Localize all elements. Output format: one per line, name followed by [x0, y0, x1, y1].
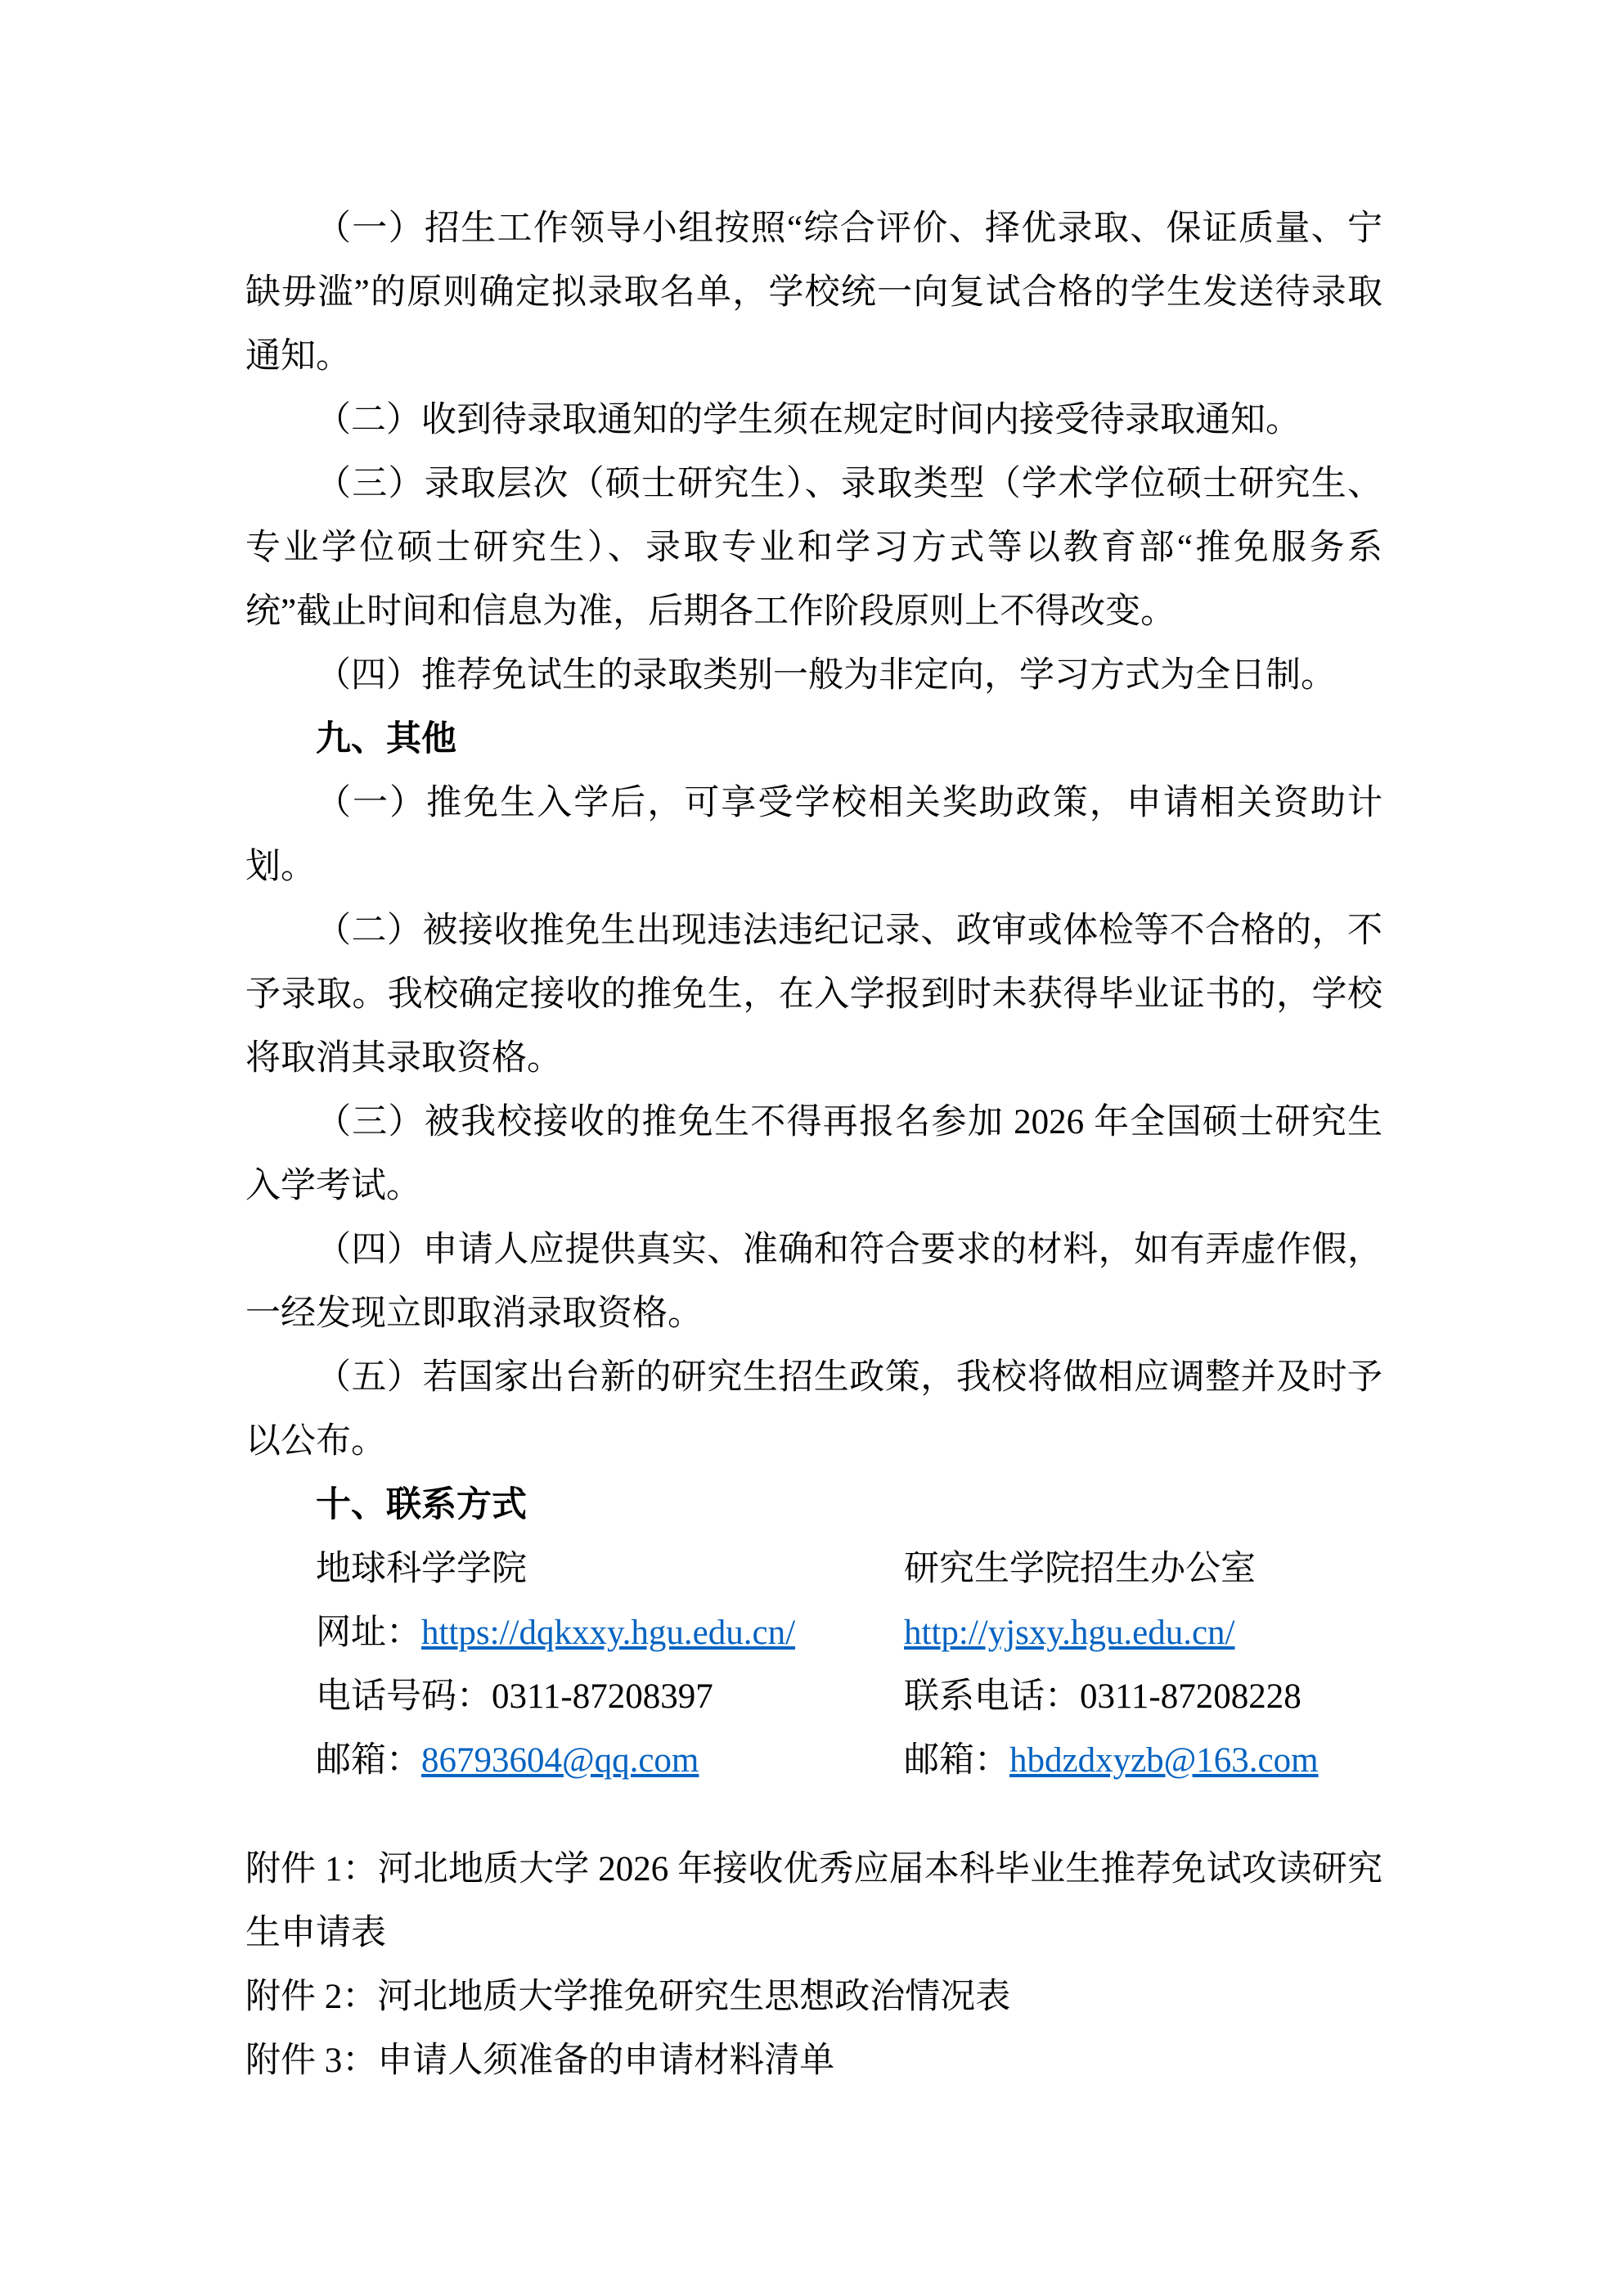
section-10-heading: 十、联系方式 — [245, 1474, 1382, 1537]
admission-rule-2: （二）收到待录取通知的学生须在规定时间内接受待录取通知。 — [245, 389, 1382, 452]
other-rule-3: （三）被我校接收的推免生不得再报名参加 2026 年全国硕士研究生入学考试。 — [245, 1091, 1382, 1218]
document-body: （一）招生工作领导小组按照“综合评价、择优录取、保证质量、宁缺毋滥”的原则确定拟… — [245, 197, 1382, 2093]
document-page: （一）招生工作领导小组按照“综合评价、择优录取、保证质量、宁缺毋滥”的原则确定拟… — [0, 0, 1623, 2296]
contact-label: 联系电话：0311-87208228 — [904, 1677, 1302, 1716]
contact-label: 研究生学院招生办公室 — [904, 1550, 1256, 1588]
contact-email-row: 邮箱：86793604@qq.com邮箱：hbdzdxyzb@163.com — [245, 1729, 1382, 1793]
admission-rule-1: （一）招生工作领导小组按照“综合评价、择优录取、保证质量、宁缺毋滥”的原则确定拟… — [245, 197, 1382, 389]
other-rule-5: （五）若国家出台新的研究生招生政策，我校将做相应调整并及时予以公布。 — [245, 1346, 1382, 1474]
contact-right-cell: http://yjsxy.hgu.edu.cn/ — [904, 1601, 1382, 1665]
contact-left-cell: 邮箱：86793604@qq.com — [245, 1729, 904, 1793]
contact-label: 电话号码：0311-87208397 — [316, 1677, 713, 1716]
attachment-2: 附件 2：河北地质大学推免研究生思想政治情况表 — [245, 1965, 1382, 2029]
contact-left-cell: 电话号码：0311-87208397 — [245, 1665, 904, 1729]
contact-right-cell: 研究生学院招生办公室 — [904, 1537, 1382, 1601]
contact-label: 邮箱： — [316, 1741, 421, 1780]
section-9-heading: 九、其他 — [245, 708, 1382, 772]
contact-label: 邮箱： — [904, 1741, 1009, 1780]
contact-website-row: 网址：https://dqkxxy.hgu.edu.cn/http://yjsx… — [245, 1601, 1382, 1665]
admission-rule-3: （三）录取层次（硕士研究生）、录取类型（学术学位硕士研究生、专业学位硕士研究生）… — [245, 452, 1382, 644]
contact-right-cell: 邮箱：hbdzdxyzb@163.com — [904, 1729, 1382, 1793]
contact-left-cell: 地球科学学院 — [245, 1537, 904, 1601]
admission-rule-4: （四）推荐免试生的录取类别一般为非定向，学习方式为全日制。 — [245, 644, 1382, 708]
other-rule-4: （四）申请人应提供真实、准确和符合要求的材料，如有弄虚作假，一经发现立即取消录取… — [245, 1218, 1382, 1346]
other-rule-1: （一）推免生入学后，可享受学校相关奖助政策，申请相关资助计划。 — [245, 772, 1382, 899]
graduate-office-email-link[interactable]: hbdzdxyzb@163.com — [1009, 1741, 1319, 1780]
contact-right-cell: 联系电话：0311-87208228 — [904, 1665, 1382, 1729]
attachment-1: 附件 1：河北地质大学 2026 年接收优秀应届本科毕业生推荐免试攻读研究生申请… — [245, 1838, 1382, 1965]
other-rule-2: （二）被接收推免生出现违法违纪记录、政审或体检等不合格的，不予录取。我校确定接收… — [245, 899, 1382, 1091]
earth-science-site-link[interactable]: https://dqkxxy.hgu.edu.cn/ — [421, 1614, 795, 1652]
earth-science-email-link[interactable]: 86793604@qq.com — [421, 1741, 699, 1780]
attachment-3: 附件 3：申请人须准备的申请材料清单 — [245, 2029, 1382, 2093]
contact-label: 网址： — [316, 1614, 421, 1652]
graduate-school-site-link[interactable]: http://yjsxy.hgu.edu.cn/ — [904, 1614, 1235, 1652]
blank-gap — [245, 1793, 1382, 1838]
contact-left-cell: 网址：https://dqkxxy.hgu.edu.cn/ — [245, 1601, 904, 1665]
contact-org-row: 地球科学学院研究生学院招生办公室 — [245, 1537, 1382, 1601]
contact-label: 地球科学学院 — [316, 1550, 527, 1588]
contact-phone-row: 电话号码：0311-87208397联系电话：0311-87208228 — [245, 1665, 1382, 1729]
